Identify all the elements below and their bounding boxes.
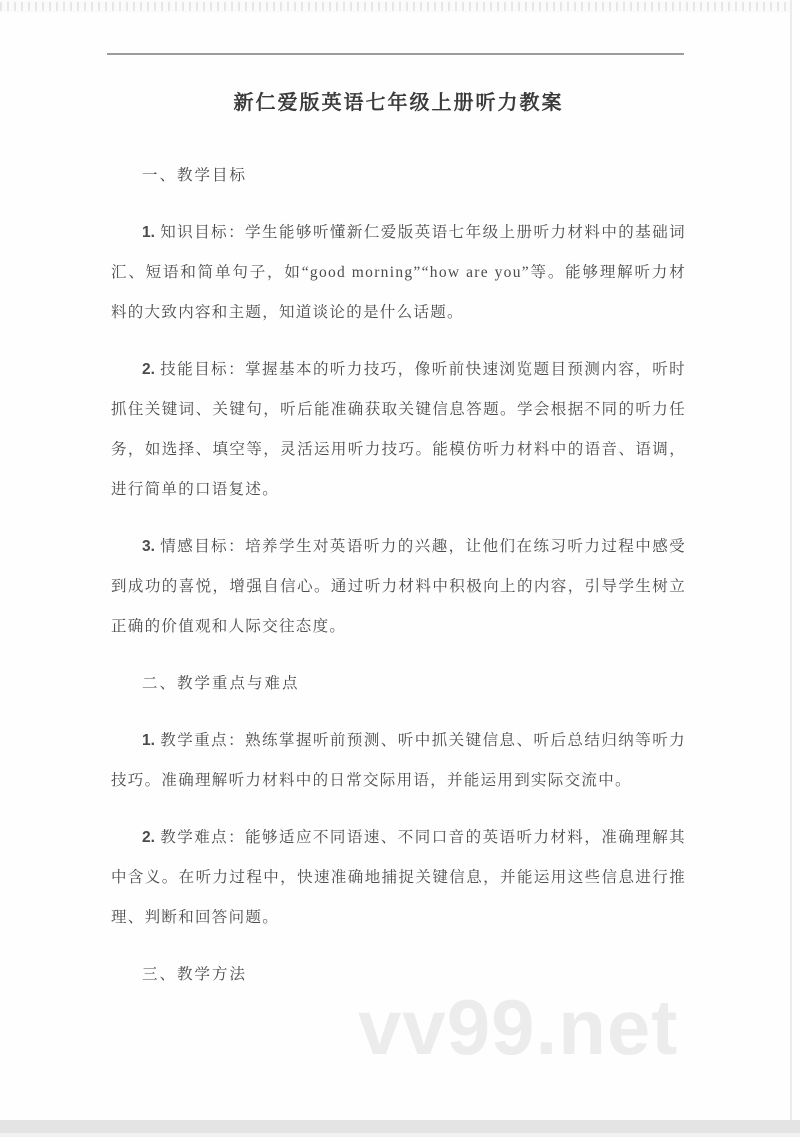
paragraph-teaching-focus: 1. 教学重点：熟练掌握听前预测、听中抓关键信息、听后总结归纳等听力技巧。准确理… xyxy=(111,721,686,801)
paragraph-text: 知识目标：学生能够听懂新仁爱版英语七年级上册听力材料中的基础词汇、短语和简单句子… xyxy=(111,224,686,321)
paragraph-skill-goal: 2. 技能目标：掌握基本的听力技巧，像听前快速浏览题目预测内容，听时抓住关键词、… xyxy=(111,350,686,510)
page-bottom-gap-light xyxy=(0,1133,800,1137)
site-watermark: vv99.net xyxy=(358,988,678,1066)
section-heading-2: 二、教学重点与难点 xyxy=(111,664,686,704)
paragraph-emotion-goal: 3. 情感目标：培养学生对英语听力的兴趣，让他们在练习听力过程中感受到成功的喜悦… xyxy=(111,527,686,647)
list-number: 1. xyxy=(142,732,155,749)
section-heading-1: 一、教学目标 xyxy=(111,156,686,196)
document-title: 新仁爱版英语七年级上册听力教案 xyxy=(111,90,686,116)
document-content: 新仁爱版英语七年级上册听力教案 一、教学目标 1. 知识目标：学生能够听懂新仁爱… xyxy=(111,0,686,1012)
list-number: 1. xyxy=(142,224,155,241)
paragraph-knowledge-goal: 1. 知识目标：学生能够听懂新仁爱版英语七年级上册听力材料中的基础词汇、短语和简… xyxy=(111,213,686,333)
paragraph-teaching-difficulty: 2. 教学难点：能够适应不同语速、不同口音的英语听力材料，准确理解其中含义。在听… xyxy=(111,818,686,938)
page-right-edge xyxy=(790,0,792,1120)
paragraph-text: 教学重点：熟练掌握听前预测、听中抓关键信息、听后总结归纳等听力技巧。准确理解听力… xyxy=(111,732,686,789)
list-number: 2. xyxy=(142,829,155,846)
page-bottom-gap xyxy=(0,1120,800,1133)
list-number: 2. xyxy=(142,361,155,378)
list-number: 3. xyxy=(142,538,155,555)
document-page: 新仁爱版英语七年级上册听力教案 一、教学目标 1. 知识目标：学生能够听懂新仁爱… xyxy=(0,0,800,1137)
paragraph-text: 情感目标：培养学生对英语听力的兴趣，让他们在练习听力过程中感受到成功的喜悦，增强… xyxy=(111,538,686,635)
paragraph-text: 技能目标：掌握基本的听力技巧，像听前快速浏览题目预测内容，听时抓住关键词、关键句… xyxy=(111,361,686,498)
paragraph-text: 教学难点：能够适应不同语速、不同口音的英语听力材料，准确理解其中含义。在听力过程… xyxy=(111,829,686,926)
